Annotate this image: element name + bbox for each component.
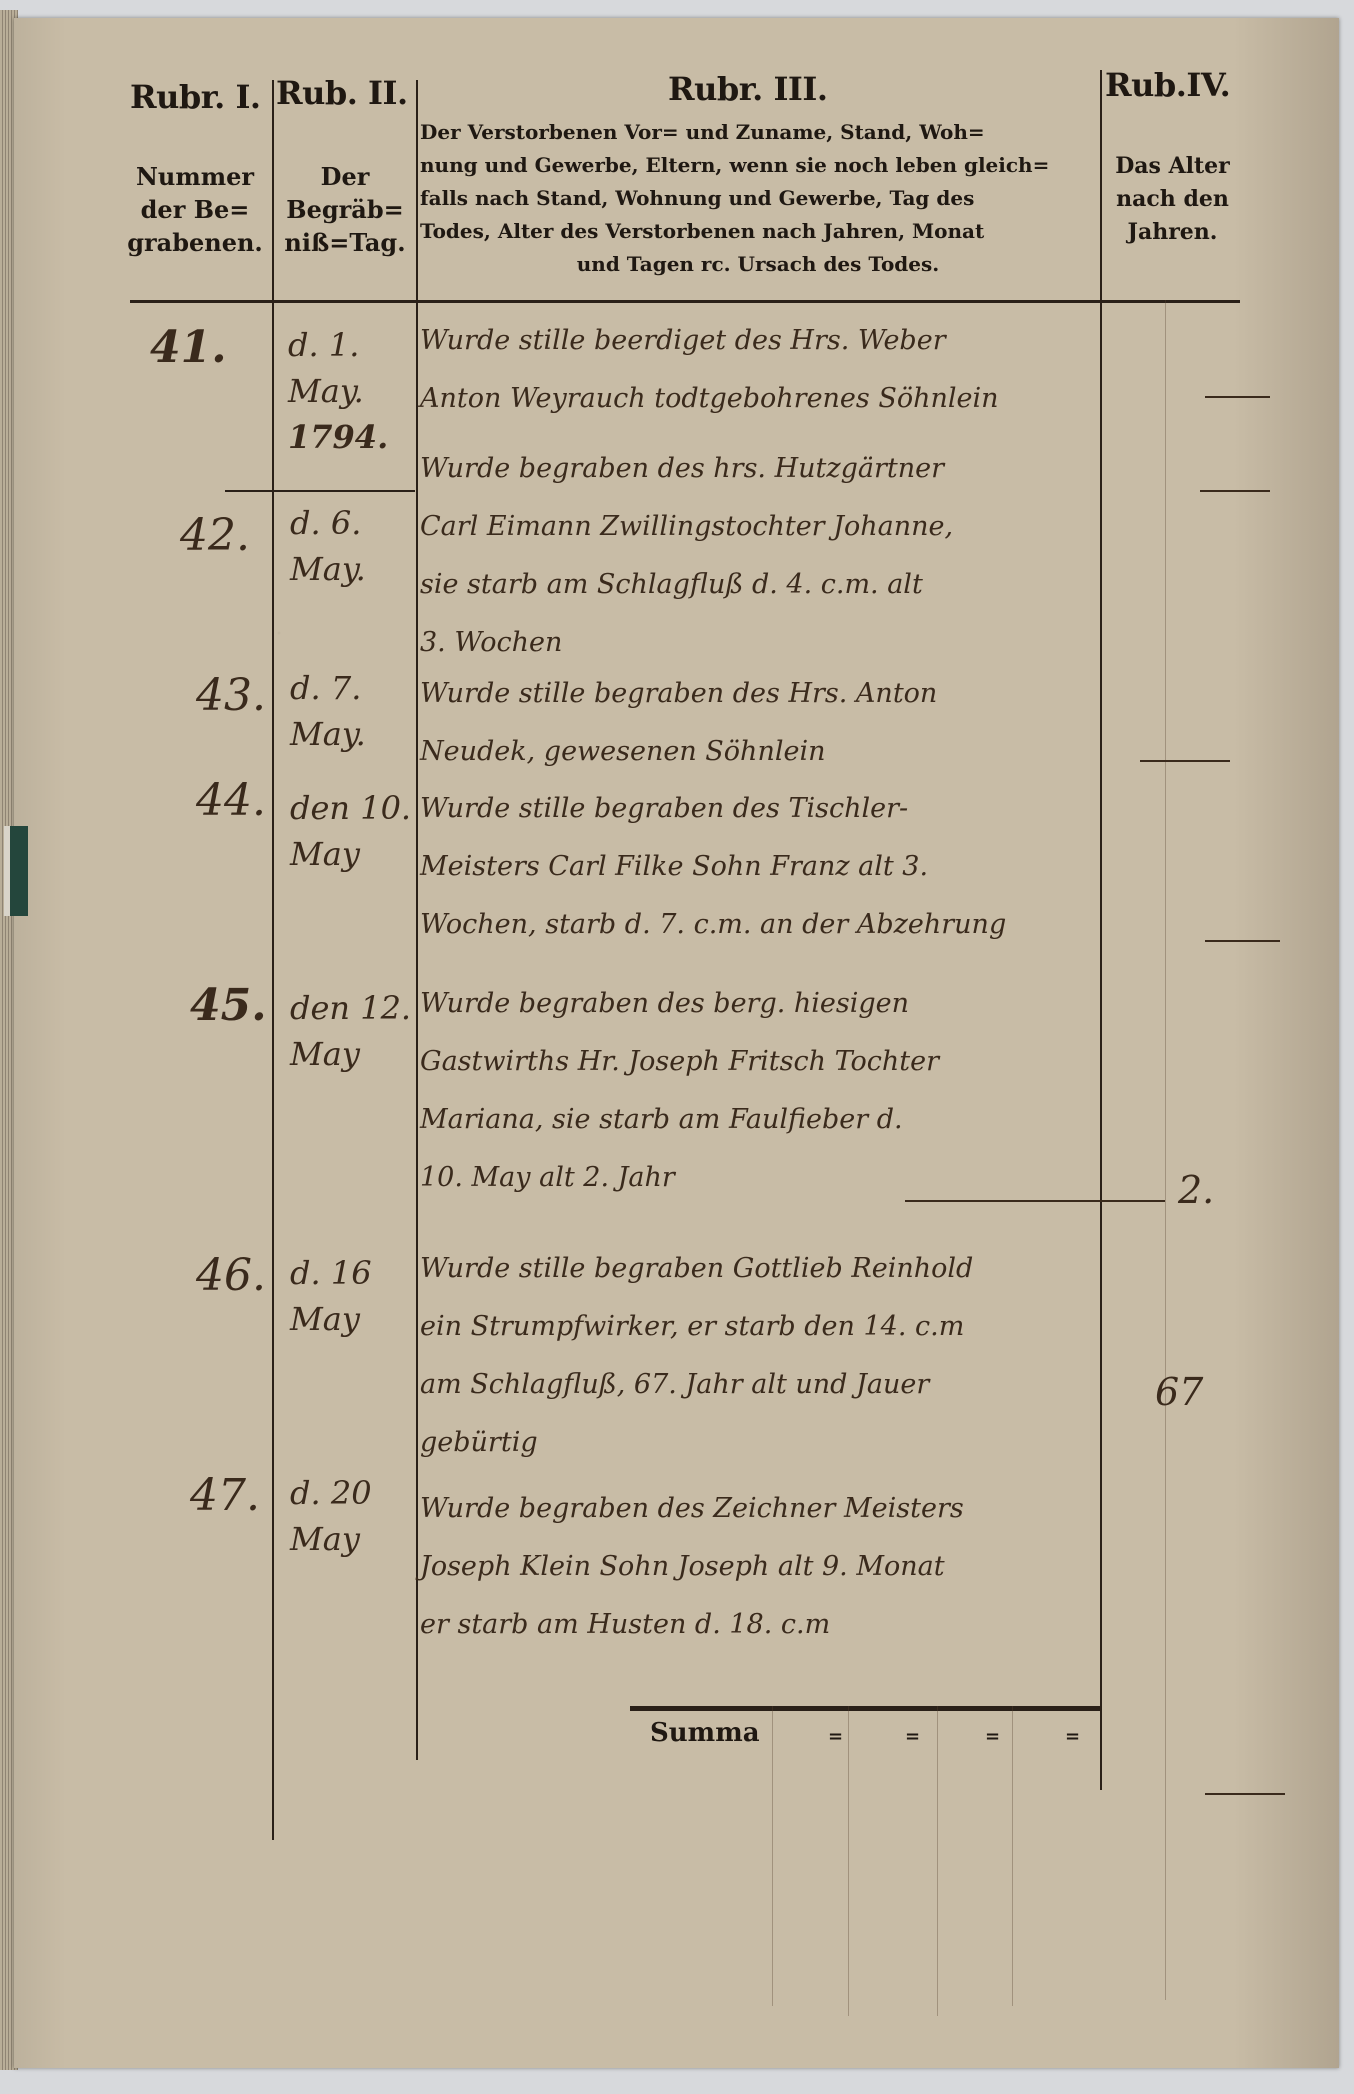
rubric-3-title: Rubr. III. bbox=[668, 70, 827, 108]
entry-44-date: den 10. May bbox=[290, 785, 411, 877]
header-rule bbox=[130, 300, 1240, 303]
entry-43-text: Wurde stille begraben des Hrs. Anton Neu… bbox=[420, 665, 1090, 781]
ditto-mark: = bbox=[905, 1726, 920, 1747]
entry-44-text: Wurde stille begraben des Tischler- Meis… bbox=[420, 780, 1090, 954]
entry-42-number: 42. bbox=[180, 510, 250, 561]
entry-43-number: 43. bbox=[196, 670, 266, 721]
entry-46-age: 67 bbox=[1155, 1370, 1203, 1414]
rubric-4-label: Das Alter nach den Jahren. bbox=[1105, 150, 1240, 249]
rubric-2-label: Der Begräb= niß=Tag. bbox=[276, 160, 414, 259]
page-tab-marker bbox=[4, 826, 28, 916]
entry-41-number: 41. bbox=[150, 322, 227, 373]
entry-44-age-dash bbox=[1205, 940, 1280, 942]
rubric-1-label: Nummer der Be= grabenen. bbox=[125, 160, 265, 259]
summa-label: Summa bbox=[650, 1718, 760, 1748]
entry-47-date: d. 20 May bbox=[290, 1470, 372, 1562]
entry-47-age-dash bbox=[1205, 1793, 1285, 1795]
entry-45-age: 2. bbox=[1178, 1168, 1214, 1212]
entry-47-text: Wurde begraben des Zeichner Meisters Jos… bbox=[420, 1480, 1090, 1654]
entry-41-text: Wurde stille beerdiget des Hrs. Weber An… bbox=[420, 312, 1090, 428]
entry-42-text: Wurde begraben des hrs. Hutzgärtner Carl… bbox=[420, 440, 1090, 672]
entry-45-text: Wurde begraben des berg. hiesigen Gastwi… bbox=[420, 975, 1090, 1207]
entry-41-date: d. 1. May. 1794. bbox=[288, 322, 388, 460]
ditto-mark: = bbox=[828, 1726, 843, 1747]
entry-45-date: den 12. May bbox=[290, 985, 411, 1077]
entry-46-number: 46. bbox=[196, 1250, 266, 1301]
summa-rule bbox=[630, 1706, 1100, 1711]
entry-44-number: 44. bbox=[196, 775, 266, 826]
rubric-3-label: Der Verstorbenen Vor= und Zuname, Stand,… bbox=[420, 116, 1096, 281]
entry-46-text: Wurde stille begraben Gottlieb Reinhold … bbox=[420, 1240, 1090, 1472]
entry-43-age-dash bbox=[1140, 760, 1230, 762]
entry-45-number: 45. bbox=[190, 980, 267, 1031]
entry-46-date: d. 16 May bbox=[290, 1250, 372, 1342]
rubric-2-title: Rub. II. bbox=[276, 74, 408, 112]
column-divider-3 bbox=[1100, 70, 1102, 1790]
year-underline bbox=[225, 490, 415, 492]
entry-42-age-dash bbox=[1200, 490, 1270, 492]
entry-42-date: d. 6. May. bbox=[290, 500, 366, 592]
rubric-1-title: Rubr. I. bbox=[130, 78, 261, 116]
entry-41-age-dash bbox=[1205, 396, 1270, 398]
ditto-mark: = bbox=[1065, 1726, 1080, 1747]
ditto-mark: = bbox=[985, 1726, 1000, 1747]
entry-47-number: 47. bbox=[190, 1470, 260, 1521]
entry-45-fill-line bbox=[905, 1200, 1165, 1202]
rubric-4-title: Rub.IV. bbox=[1105, 66, 1230, 104]
entry-43-date: d. 7. May. bbox=[290, 665, 366, 757]
column-divider-2 bbox=[416, 80, 418, 1760]
column-divider-1 bbox=[272, 80, 274, 1840]
